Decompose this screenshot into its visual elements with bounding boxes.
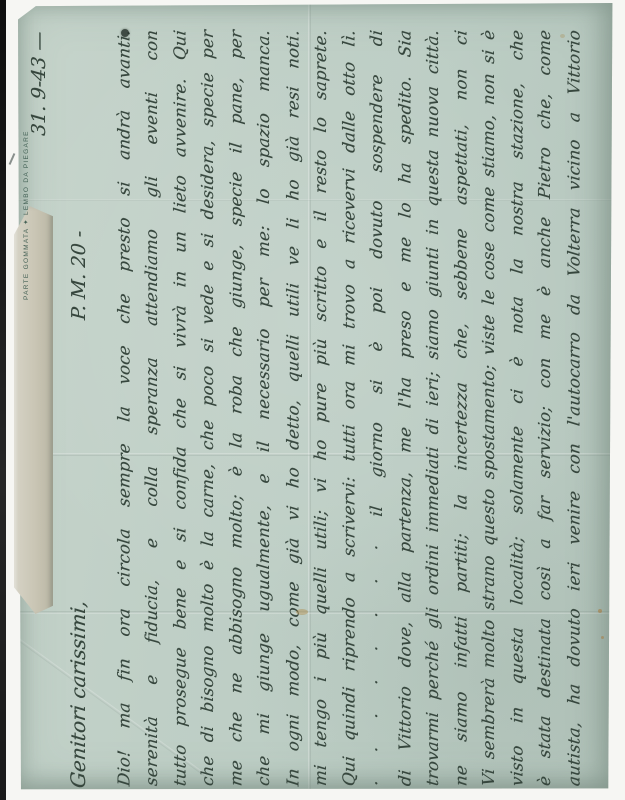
handwriting-line: trovarmi perché gli ordini immediati di … <box>419 29 447 793</box>
handwriting-line: che mi giunge ugualmente, e il necessari… <box>250 29 278 793</box>
letter-body: Dio! ma fin ora circola sempre la voce c… <box>110 20 588 792</box>
handwriting-line: Qui quindi riprendo a scrivervi: tutti o… <box>335 29 363 794</box>
handwriting-line: me che ne abbisogno molto; è la roba che… <box>223 29 251 794</box>
salutation: Genitori carissimi, <box>66 600 90 790</box>
letter-opening-row: Genitori carissimi, P. M. 20 - <box>66 20 100 792</box>
handwriting-line: autista, ha dovuto ieri venire con l'aut… <box>560 29 588 794</box>
handwriting-line: Dio! ma fin ora circola sempre la voce c… <box>110 29 138 794</box>
paper-stain <box>598 609 602 613</box>
field-post-number: P. M. 20 - <box>68 230 90 321</box>
handwriting-line: ne siamo infatti partiti; la incertezza … <box>448 29 476 794</box>
scanner-edge-shadow <box>0 0 6 800</box>
paper-stain <box>601 636 604 639</box>
handwriting-line: serenità e fiducia, e colla speranza att… <box>138 29 166 793</box>
handwriting-line: · · · · · · · · il giorno si è poi dovut… <box>363 29 391 793</box>
handwriting-line: tutto prosegue bene e si confida che si … <box>167 29 195 794</box>
handwriting-line: visto in questa località; solamente ci è… <box>504 29 532 794</box>
scanner-bed: PARTE GOMMATA ✦ LEMBO DA PIEGARE 31. 9-4… <box>0 0 625 800</box>
handwriting-line: Vi sembrerà molto strano questo spostame… <box>475 29 503 793</box>
handwriting-line: è stata destinata così a far servizio; c… <box>531 29 559 793</box>
handwriting-line: In ogni modo, come già vi ho detto, quel… <box>279 29 307 794</box>
handwritten-text-rotated: 31. 9-43 — Genitori carissimi, P. M. 20 … <box>14 20 592 792</box>
handwriting-line: mi tengo i più quelli utili; vi ho pure … <box>307 29 335 793</box>
ink-blot <box>121 29 129 37</box>
paper-stain <box>296 609 308 615</box>
handwriting-line: che di bisogno molto è la carne, che poc… <box>194 29 222 793</box>
handwriting-line: di Vittorio dove, alla partenza, me l'ha… <box>391 29 419 794</box>
paper-stain <box>560 34 565 38</box>
letter-date: 31. 9-43 — <box>28 19 58 794</box>
